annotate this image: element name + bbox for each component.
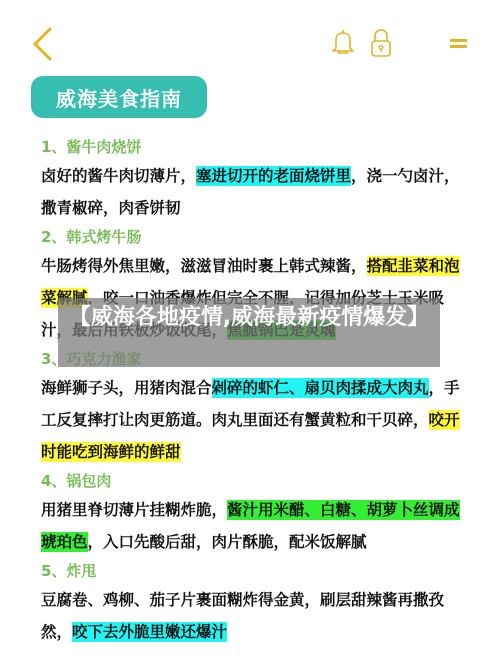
text-run: 海鲜狮子头，用猪肉混合 (41, 379, 212, 397)
highlight-cyan: 咬下去外脆里嫩还爆汁 (72, 622, 227, 642)
highlight-cyan: 塞进切开的老面烧饼里 (196, 166, 351, 186)
headline-overlay-banner: 【威海各地疫情,威海最新疫情爆发】 (58, 298, 440, 367)
article-content: 1、酱牛肉烧饼 卤好的酱牛肉切薄片，塞进切开的老面烧饼里，浇一勺卤汁，撒青椒碎，… (41, 134, 471, 648)
section-title: 2、韩式烤牛肠 (41, 224, 471, 250)
chevron-left-icon (30, 26, 56, 62)
section-title: 4、锅包肉 (41, 468, 471, 494)
bell-icon (330, 28, 356, 58)
section-paragraph: 豆腐卷、鸡柳、茄子片裹面糊炸得金黄，刷层甜辣酱再撒孜然，咬下去外脆里嫩还爆汁 (41, 584, 471, 648)
text-run: ，入口先酸后甜，肉片酥脆，配米饭解腻 (88, 533, 367, 551)
lock-button[interactable] (368, 28, 394, 58)
page-title: 威海美食指南 (31, 76, 207, 118)
menu-icon (448, 37, 470, 51)
section-1: 1、酱牛肉烧饼 卤好的酱牛肉切薄片，塞进切开的老面烧饼里，浇一勺卤汁，撒青椒碎，… (41, 134, 471, 224)
highlight-cyan: 剁碎的虾仁、扇贝肉揉成大肉丸 (212, 378, 429, 398)
notification-button[interactable] (330, 28, 356, 58)
text-run: 用猪里脊切薄片挂糊炸脆， (41, 501, 227, 519)
menu-button[interactable] (448, 36, 470, 50)
lock-icon (368, 28, 394, 58)
section-paragraph: 卤好的酱牛肉切薄片，塞进切开的老面烧饼里，浇一勺卤汁，撒青椒碎，肉香饼韧 (41, 160, 471, 224)
back-button[interactable] (30, 26, 56, 62)
text-run: 卤好的酱牛肉切薄片， (41, 167, 196, 185)
section-paragraph: 海鲜狮子头，用猪肉混合剁碎的虾仁、扇贝肉揉成大肉丸，手工反复摔打让肉更筋道。肉丸… (41, 372, 471, 468)
top-bar (0, 0, 500, 70)
section-5: 5、炸甩 豆腐卷、鸡柳、茄子片裹面糊炸得金黄，刷层甜辣酱再撒孜然，咬下去外脆里嫩… (41, 558, 471, 648)
section-paragraph: 用猪里脊切薄片挂糊炸脆，酱汁用米醋、白糖、胡萝卜丝调成琥珀色，入口先酸后甜，肉片… (41, 494, 471, 558)
section-4: 4、锅包肉 用猪里脊切薄片挂糊炸脆，酱汁用米醋、白糖、胡萝卜丝调成琥珀色，入口先… (41, 468, 471, 558)
section-title: 1、酱牛肉烧饼 (41, 134, 471, 160)
section-title: 5、炸甩 (41, 558, 471, 584)
text-run: 牛肠烤得外焦里嫩，滋滋冒油时裹上韩式辣酱， (41, 257, 367, 275)
